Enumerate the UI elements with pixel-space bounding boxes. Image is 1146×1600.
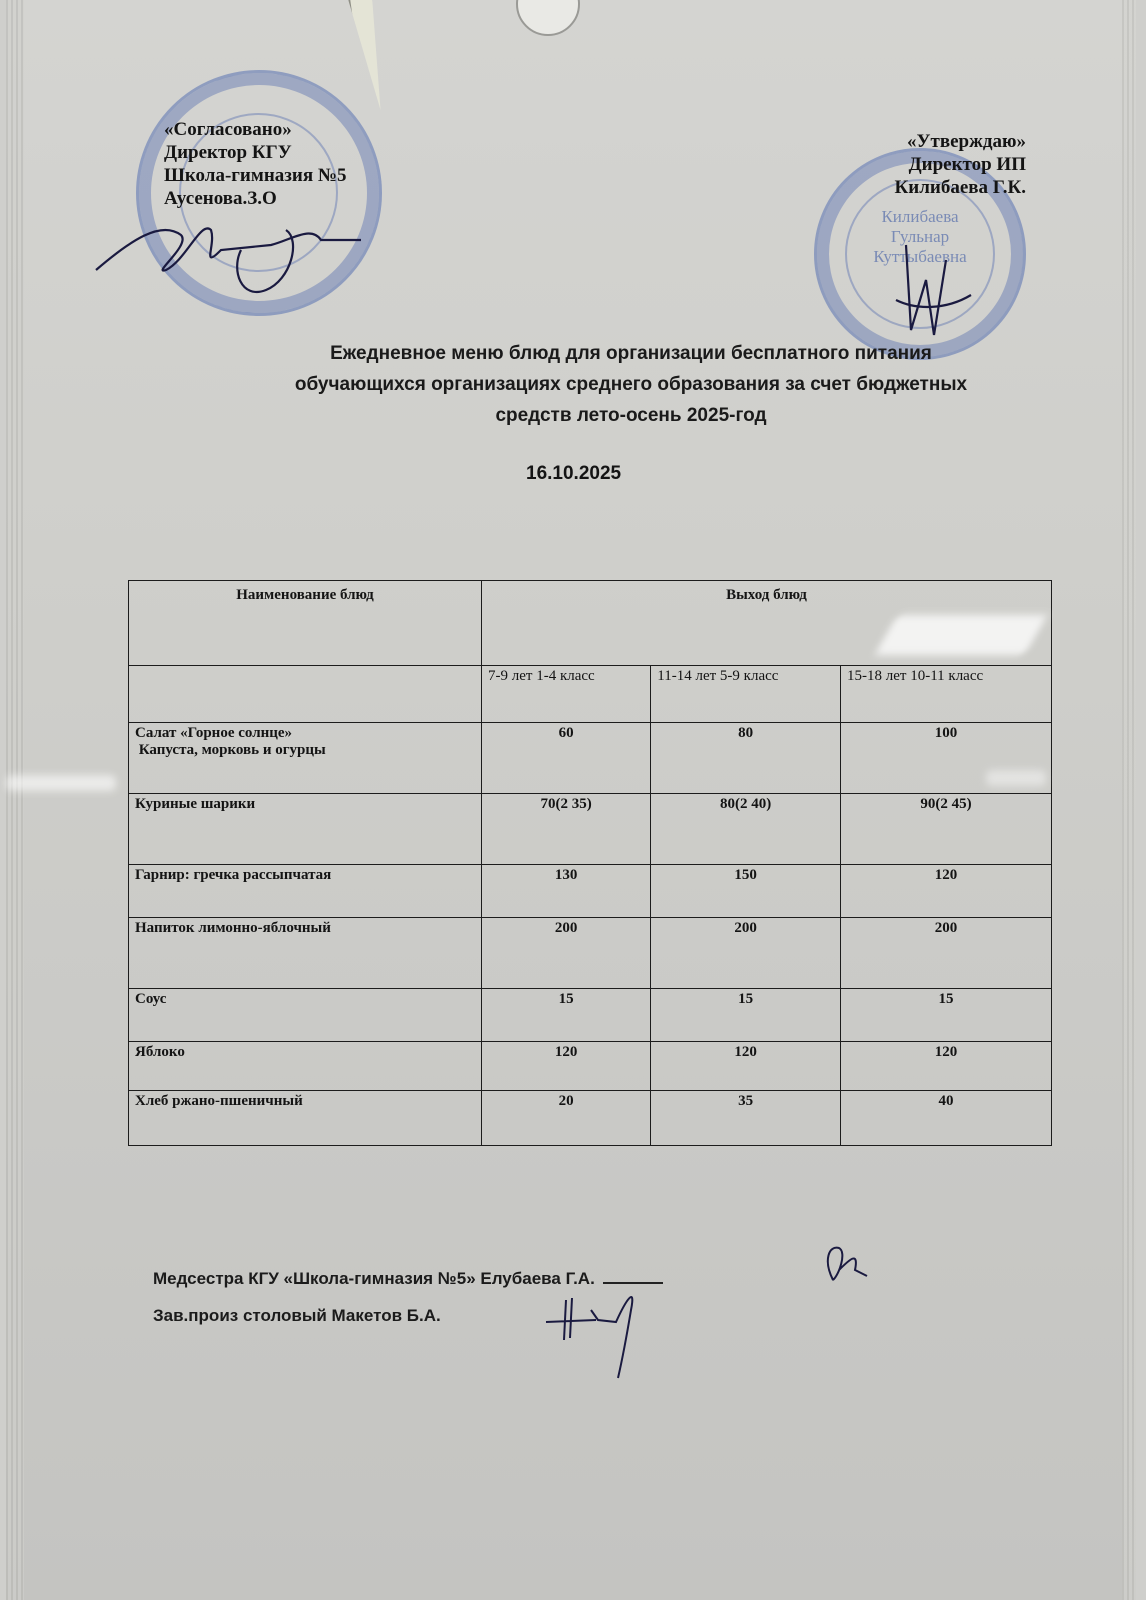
dish-name: Яблоко — [129, 1042, 482, 1091]
dish-name: Куриные шарики — [129, 794, 482, 865]
portion-age-2: 15 — [651, 989, 841, 1042]
document-title: Ежедневное меню блюд для организации бес… — [196, 338, 1066, 431]
portion-age-1: 60 — [482, 723, 651, 794]
approval-approved-heading: «Утверждаю» — [895, 130, 1027, 153]
portion-age-3: 40 — [841, 1091, 1052, 1146]
title-line-3: средств лето-осень 2025-год — [196, 400, 1066, 431]
portion-age-1: 130 — [482, 865, 651, 918]
menu-document: Килибаева Гульнар Куттыбаевна «Согласова… — [6, 0, 1136, 1600]
portion-age-2: 120 — [651, 1042, 841, 1091]
nurse-signature-icon — [821, 1240, 871, 1285]
glare-reflection — [874, 615, 1047, 655]
director-signature-icon — [91, 200, 371, 310]
punch-hole — [516, 0, 580, 36]
header-dish-name: Наименование блюд — [129, 581, 482, 666]
dish-name: Салат «Горное солнце» Капуста, морковь и… — [129, 723, 482, 794]
menu-date: 16.10.2025 — [526, 463, 621, 485]
portion-age-1: 70(2 35) — [482, 794, 651, 865]
portion-age-1: 200 — [482, 918, 651, 989]
table-row: Хлеб ржано-пшеничный 20 35 40 — [129, 1091, 1052, 1146]
age-group-2: 11-14 лет 5-9 класс — [651, 666, 841, 723]
portion-age-3: 120 — [841, 865, 1052, 918]
age-group-empty — [129, 666, 482, 723]
glare-reflection — [6, 775, 116, 791]
portion-age-2: 35 — [651, 1091, 841, 1146]
approval-agreed-block: «Согласовано» Директор КГУ Школа-гимнази… — [164, 118, 346, 210]
dish-name: Хлеб ржано-пшеничный — [129, 1091, 482, 1146]
table-row: Салат «Горное солнце» Капуста, морковь и… — [129, 723, 1052, 794]
title-line-2: обучающихся организациях среднего образо… — [196, 369, 1066, 400]
entrepreneur-signature-icon — [886, 240, 976, 350]
age-group-1: 7-9 лет 1-4 класс — [482, 666, 651, 723]
dish-name: Соус — [129, 989, 482, 1042]
portion-age-2: 80(2 40) — [651, 794, 841, 865]
portion-age-2: 200 — [651, 918, 841, 989]
table-row: Куриные шарики 70(2 35) 80(2 40) 90(2 45… — [129, 794, 1052, 865]
approval-agreed-organization: Школа-гимназия №5 — [164, 164, 346, 187]
dish-name: Гарнир: гречка рассыпчатая — [129, 865, 482, 918]
portion-age-1: 20 — [482, 1091, 651, 1146]
approval-agreed-position: Директор КГУ — [164, 141, 346, 164]
portion-age-3: 15 — [841, 989, 1052, 1042]
portion-age-1: 15 — [482, 989, 651, 1042]
stamp-line1: Килибаева — [817, 207, 1023, 227]
dish-name: Напиток лимонно-яблочный — [129, 918, 482, 989]
production-head-signature-line: Зав.произ столовый Макетов Б.А. — [153, 1306, 441, 1326]
approval-agreed-heading: «Согласовано» — [164, 118, 346, 141]
portion-age-3: 120 — [841, 1042, 1052, 1091]
right-edge — [1122, 0, 1136, 1600]
plastic-tab — [348, 0, 387, 110]
table-row: Соус 15 15 15 — [129, 989, 1052, 1042]
portion-age-3: 200 — [841, 918, 1052, 989]
production-head-label: Зав.произ столовый Макетов Б.А. — [153, 1306, 441, 1325]
approval-approved-block: «Утверждаю» Директор ИП Килибаева Г.К. — [895, 130, 1027, 199]
menu-table: Наименование блюд Выход блюд 7-9 лет 1-4… — [128, 580, 1052, 1146]
table-row: Яблоко 120 120 120 — [129, 1042, 1052, 1091]
portion-age-2: 150 — [651, 865, 841, 918]
glare-reflection — [986, 770, 1046, 786]
portion-age-2: 80 — [651, 723, 841, 794]
production-head-signature-icon — [536, 1280, 666, 1380]
approval-approved-name: Килибаева Г.К. — [895, 176, 1027, 199]
age-group-3: 15-18 лет 10-11 класс — [841, 666, 1052, 723]
portion-age-3: 90(2 45) — [841, 794, 1052, 865]
left-edge — [6, 0, 24, 1600]
approval-approved-position: Директор ИП — [895, 153, 1027, 176]
nurse-label: Медсестра КГУ «Школа-гимназия №5» Елубае… — [153, 1269, 595, 1288]
portion-age-1: 120 — [482, 1042, 651, 1091]
table-row: Гарнир: гречка рассыпчатая 130 150 120 — [129, 865, 1052, 918]
age-group-row: 7-9 лет 1-4 класс 11-14 лет 5-9 класс 15… — [129, 666, 1052, 723]
title-line-1: Ежедневное меню блюд для организации бес… — [196, 338, 1066, 369]
table-row: Напиток лимонно-яблочный 200 200 200 — [129, 918, 1052, 989]
